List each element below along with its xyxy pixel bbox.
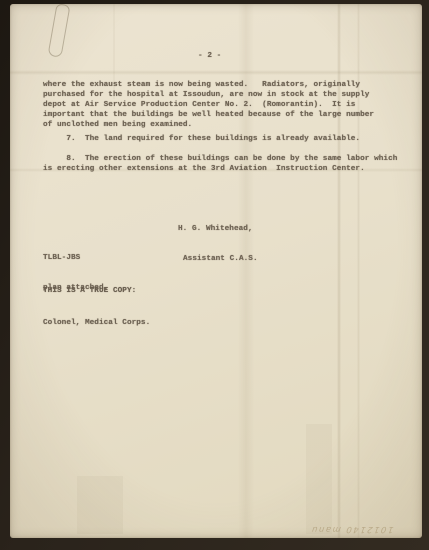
document-page: - 2 - where the exhaust steam is now bei…	[10, 4, 422, 538]
signature-block: H. G. Whitehead, Assistant C.A.S.	[178, 204, 258, 284]
body-paragraph-continuation: where the exhaust steam is now being was…	[43, 80, 374, 130]
certifier-signature-line: Colonel, Medical Corps.	[43, 318, 150, 328]
signature-name: H. G. Whitehead,	[178, 224, 258, 234]
pencil-annotation: 1012140 manu	[297, 524, 406, 534]
photo-border: - 2 - where the exhaust steam is now bei…	[0, 0, 429, 550]
certification-stamp: THIS IS A TRUE COPY:	[43, 286, 136, 296]
numbered-paragraph-7: 7. The land required for these buildings…	[43, 134, 360, 144]
paper-clip-mark	[48, 3, 71, 58]
reference-block: TLBL-JBS plan attached.	[43, 233, 108, 313]
reference-initials: TLBL-JBS	[43, 253, 108, 263]
numbered-paragraph-8: 8. The erection of these buildings can b…	[43, 154, 397, 174]
page-number: - 2 -	[198, 51, 221, 61]
signature-title: Assistant C.A.S.	[183, 254, 258, 264]
